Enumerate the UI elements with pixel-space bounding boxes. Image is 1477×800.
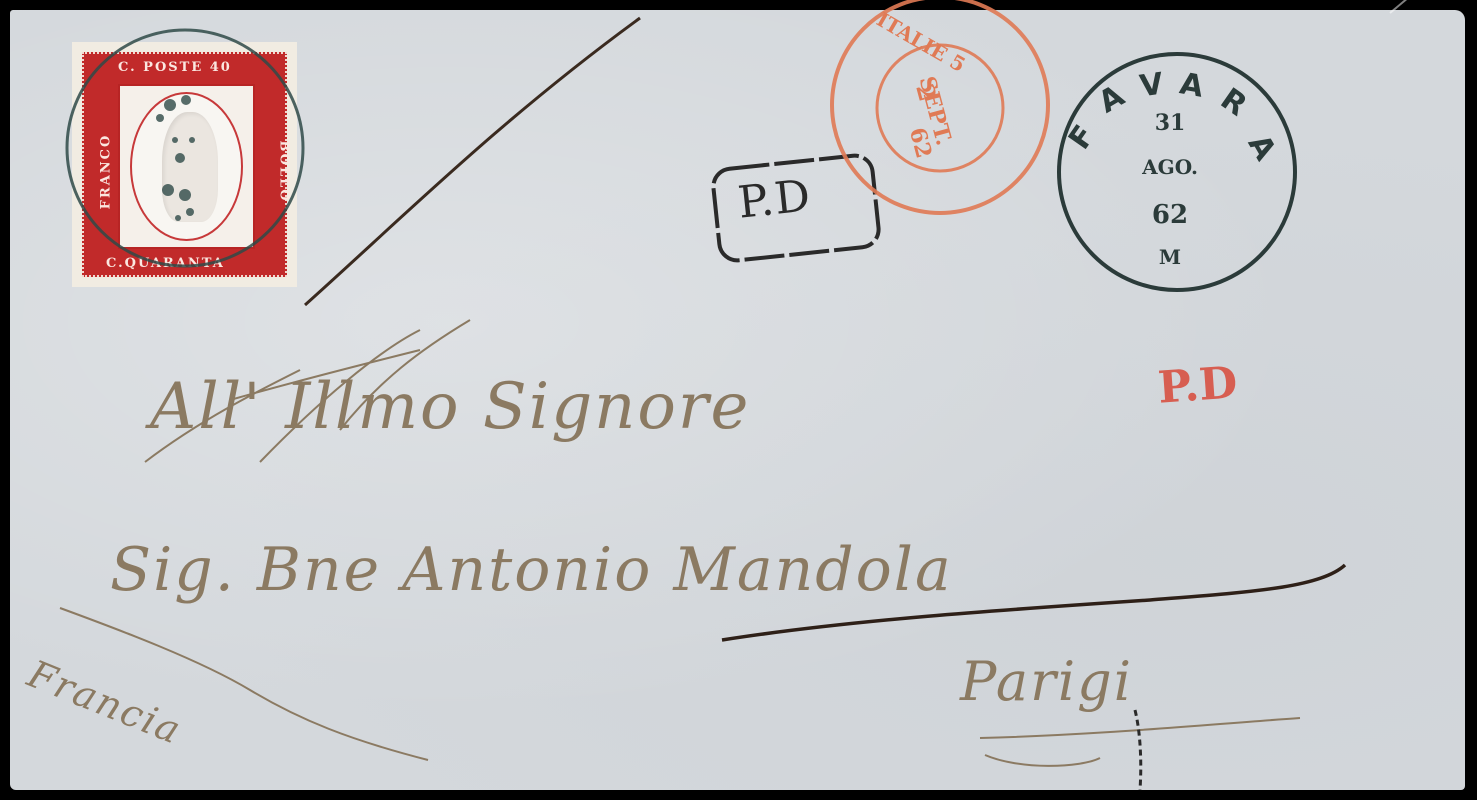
address-line-2: Sig. Bne Antonio Mandola: [110, 535, 953, 605]
pen-stroke-diagonal: [305, 18, 640, 305]
pen-flourish-bottom: [985, 755, 1100, 766]
stamp-cancel-mark: [67, 30, 303, 266]
partial-black-postmark: [1135, 710, 1141, 790]
favara-day: 31: [1140, 110, 1200, 136]
pd-red-text: P.D: [1156, 357, 1239, 413]
address-line-1: All' Illmo Signore: [150, 370, 750, 444]
favara-letter: V: [1138, 67, 1166, 105]
favara-month: AGO.: [1140, 155, 1200, 179]
favara-year: 62: [1140, 200, 1200, 230]
address-line-3: Parigi: [960, 650, 1133, 713]
favara-time: M: [1140, 245, 1200, 269]
pd-boxed-text: P.D: [736, 170, 814, 228]
